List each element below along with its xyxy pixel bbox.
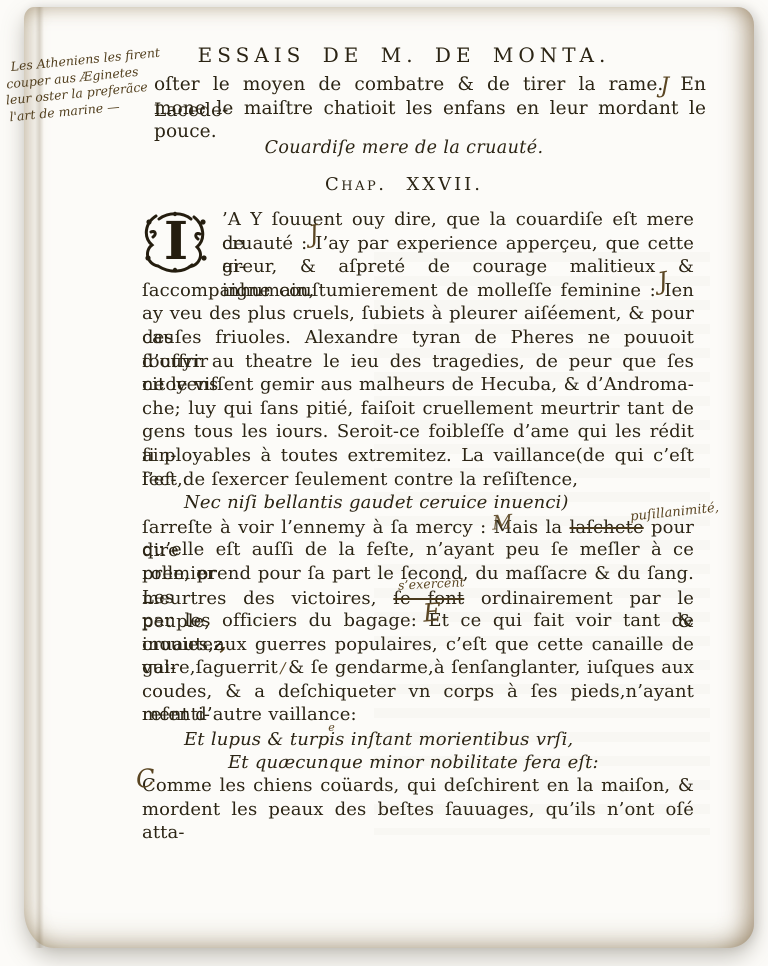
printed-text: ne le viſſent gemir aus malheurs de Hecu…: [142, 374, 694, 395]
printed-text: omme les chiens coüards, qui deſchirent …: [156, 775, 694, 796]
overwritten-letter: IJ: [315, 232, 322, 256]
text-line: ſarreſte à voir l’ennemy à ſa mercy : MM…: [142, 515, 694, 539]
printed-text: Nec niſi bellantis gaudet ceruice inuenc…: [184, 492, 569, 513]
text-line: mone le maiſtre chatioit les enfans en l…: [154, 97, 706, 121]
printed-text: ment d’autre vaillance:: [142, 704, 357, 725]
printed-text: ſaccompaigne couſtumierement de molleſſe…: [142, 280, 664, 301]
printed-text: Et quæcunque minor nobilitate fera eſt:: [228, 752, 599, 773]
text-line: greur, & aſpreté de courage malitieux & …: [222, 255, 694, 279]
printed-text: fect,de ſexercer ſeulement contre la reſ…: [142, 469, 578, 490]
text-line: coudes, & a deſchiqueter vn corps à ſes …: [142, 680, 694, 704]
overwritten-letter: EtE: [428, 609, 449, 633]
text-line: ay veu des plus cruels, ſubiets à pleure…: [142, 302, 694, 326]
text-line: che; luy qui ſans pitié, faiſoit cruelle…: [142, 397, 694, 421]
text-line: ment d’autre vaillance:: [142, 703, 694, 727]
text-line: d’ouyr au theatre le ieu des tragedies, …: [142, 350, 694, 374]
hand-annotation: s’exercent: [398, 570, 466, 597]
chapter-number: XXVII.: [406, 174, 483, 195]
printed-text: Et lupus & turp: [184, 729, 329, 750]
book-page: Les Atheniens les firentcouper aus Ægine…: [24, 7, 754, 948]
photo-background: Les Atheniens les firentcouper aus Ægine…: [0, 0, 768, 966]
text-line: cruauté : IJ’ay par experience apperçeu,…: [222, 232, 694, 256]
overwritten-letter: IJ: [664, 279, 671, 303]
printed-text: I: [315, 233, 322, 254]
text-line: par les officiers du bagage: EtE ce qui …: [142, 609, 694, 633]
text-line: ne le viſſent gemir aus malheurs de Hecu…: [142, 373, 694, 397]
printed-text: cruauté :: [222, 233, 315, 254]
printed-text: C: [142, 775, 156, 796]
text-line: Et lupus & turpeis inſtant morientibus v…: [184, 727, 694, 751]
text-line: Et quæcunque minor nobilitate fera eſt:: [228, 751, 694, 775]
printed-text: & ſe gendarme,à ſenſanglanter, iuſques a…: [282, 657, 694, 678]
printed-text: M: [494, 517, 513, 538]
printed-text: mone le maiſtre chatioit les enfans en l…: [154, 98, 706, 143]
printed-text: mordent les peaux des beſtes ſauuages, q…: [142, 799, 694, 844]
text-line: ſi ployables à toutes extremitez. La vai…: [142, 444, 694, 468]
text-line: ſaccompaigne couſtumierement de molleſſe…: [142, 279, 694, 303]
printed-text: Et: [428, 610, 449, 631]
printed-text: oſter le moyen de combatre & de tirer la…: [154, 74, 663, 95]
body-text: ’A Y ſouuent ouy dire, que la couardiſe …: [142, 208, 694, 821]
printed-text: gaire,ſaguerrit: [142, 657, 284, 678]
text-line: Nec niſi bellantis gaudet ceruice inuenc…: [184, 491, 694, 515]
hand-annotation: e: [328, 716, 335, 740]
printed-text: meurtres des victoires,: [142, 588, 393, 609]
text-line: mordent les peaux des beſtes ſauuages, q…: [142, 798, 694, 822]
printed-text: ais la: [512, 517, 569, 538]
overwritten-letter: CC: [142, 774, 156, 798]
printed-text: ſarreſte à voir l’ennemy à ſa mercy :: [142, 517, 494, 538]
overwritten-letter: MM: [494, 516, 513, 540]
printed-text: I: [664, 280, 671, 301]
printed-text: en: [672, 280, 694, 301]
text-line: qu’elle eſt auſſi de la feſte, n’ayant p…: [142, 538, 694, 562]
text-line: inouies,aux guerres populaires, c’eſt qu…: [142, 633, 694, 657]
text-line: meurtres des victoires, ſe fonts’exercen…: [142, 586, 694, 610]
running-text: oſter le moyen de combatre & de tirer la…: [154, 73, 706, 120]
chapter-title: Couardiſe mere de la cruauté.: [84, 138, 724, 158]
printed-text: che; luy qui ſans pitié, faiſoit cruelle…: [142, 398, 694, 419]
text-line: gaire,ſaguerrit ∕ & ſe gendarme,à ſenſan…: [142, 656, 694, 680]
text-line: gens tous les iours. Seroit-ce foibleſſe…: [142, 420, 694, 444]
chapter-heading: Chap.XXVII.: [84, 174, 724, 195]
chapter-label: Chap.: [325, 174, 386, 195]
text-line: oſter le moyen de combatre & de tirer la…: [154, 73, 706, 97]
printed-text: par les officiers du bagage:: [142, 610, 428, 631]
text-line: fect,de ſexercer ſeulement contre la reſ…: [142, 468, 694, 492]
running-header: ESSAIS DE M. DE MONTA.: [84, 43, 724, 67]
text-line: cauſes friuoles. Alexandre tyran de Pher…: [142, 326, 694, 350]
printed-text: is inſtant morientibus vrſi,: [329, 729, 573, 750]
text-line: ’A Y ſouuent ouy dire, que la couardiſe …: [222, 208, 694, 232]
text-line: CComme les chiens coüards, qui deſchiren…: [142, 774, 694, 798]
